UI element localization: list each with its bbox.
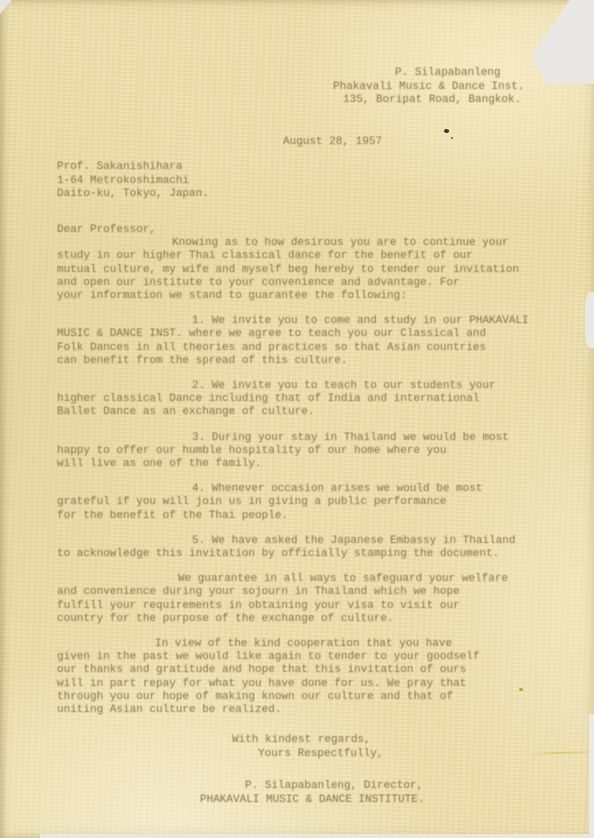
- signature-institute: PHAKAVALI MUSIC & DANCE INSTITUTE.: [200, 793, 424, 807]
- sender-block: P. Silapabanleng Phakavali Music & Dance…: [333, 67, 524, 108]
- sender-org: Phakavali Music & Dance Inst.: [333, 81, 524, 95]
- letter-paragraph-opening: Knowing as to how desirous you are to co…: [57, 237, 537, 303]
- paragraph-line: and open our institute to your convenien…: [57, 277, 537, 290]
- letter-paragraph-2: 2. We invite you to teach to our student…: [57, 380, 537, 420]
- paragraph-line: mutual culture, my wife and myself beg h…: [57, 264, 537, 277]
- recipient-city: Daito-ku, Tokyo, Japan.: [57, 188, 209, 202]
- paragraph-line: 5. We have asked the Japanese Embassy in…: [57, 535, 537, 548]
- paragraph-line: 2. We invite you to teach to our student…: [57, 380, 537, 393]
- paragraph-line: higher classical Dance including that of…: [57, 393, 537, 406]
- recipient-street: 1-64 Metrokoshimachi: [57, 175, 209, 189]
- recipient-block: Prof. Sakanishihara 1-64 Metrokoshimachi…: [57, 161, 209, 202]
- paragraph-line: for the benefit of the Thai people.: [57, 510, 537, 523]
- letter-paragraph-4: 4. Whenever occasion arises we would be …: [57, 483, 537, 523]
- signature-name: P. Silapabanleng, Director,: [200, 779, 424, 793]
- letter-paragraph-closing: In view of the kind cooperation that you…: [57, 638, 537, 717]
- paragraph-line: and convenience during your sojourn in T…: [57, 586, 537, 599]
- paragraph-line: our thanks and gratitude and hope that t…: [57, 664, 537, 677]
- paragraph-line: your information we stand to guarantee t…: [57, 290, 537, 303]
- paragraph-line: fulfill your requirements in obtaining y…: [57, 600, 537, 613]
- letter-paragraph-5: 5. We have asked the Japanese Embassy in…: [57, 535, 537, 561]
- paragraph-line: country for the purpose of the exchange …: [57, 613, 537, 626]
- paragraph-line: We guarantee in all ways to safeguard yo…: [57, 573, 537, 586]
- recipient-name: Prof. Sakanishihara: [57, 161, 209, 175]
- torn-edge-bottom: [40, 834, 594, 838]
- torn-corner-top-right: [524, 0, 594, 95]
- letter-page: P. Silapabanleng Phakavali Music & Dance…: [0, 0, 594, 838]
- paragraph-line: Folk Dances in all theories and practice…: [57, 342, 537, 355]
- paragraph-line: study in our higher Thai classical dance…: [57, 250, 537, 263]
- paragraph-line: will in part repay for what you have don…: [57, 678, 537, 691]
- paragraph-line: through you our hope of making known our…: [57, 691, 537, 704]
- sender-name: P. Silapabanleng: [333, 67, 524, 81]
- paragraph-line: to acknowledge this invitation by offici…: [57, 548, 537, 561]
- signature-block: P. Silapabanleng, Director, PHAKAVALI MU…: [200, 779, 424, 807]
- letter-paragraph-3: 3. During your stay in Thailand we would…: [57, 432, 537, 472]
- torn-corner-top-left: [0, 0, 12, 14]
- closing-regards: With kindest regards,: [57, 734, 537, 747]
- paragraph-line: uniting Asian culture be realized.: [57, 704, 537, 717]
- salutation: Dear Professor,: [57, 224, 537, 237]
- sender-address: 135, Boripat Road, Bangkok.: [333, 94, 524, 108]
- paragraph-line: 3. During your stay in Thailand we would…: [57, 432, 537, 445]
- letter-body: Dear Professor, Knowing as to how desiro…: [57, 224, 537, 761]
- paragraph-line: will live as one of the family.: [57, 458, 537, 471]
- paragraph-line: given in the past we would like again to…: [57, 651, 537, 664]
- letter-paragraph-1: 1. We invite you to come and study in ou…: [57, 315, 537, 368]
- paragraph-line: happy to offer our humble hospitality of…: [57, 445, 537, 458]
- paragraph-line: MUSIC & DANCE INST. where we agree to te…: [57, 328, 537, 341]
- paragraph-line: Ballet Dance as an exchange of culture.: [57, 406, 537, 419]
- closing-respectfully: Yours Respectfully,: [57, 748, 537, 761]
- paragraph-line: In view of the kind cooperation that you…: [57, 638, 537, 651]
- date-line: August 28, 1957: [283, 136, 382, 149]
- ink-speck: [451, 137, 453, 139]
- ink-speck: [443, 128, 449, 133]
- paragraph-line: grateful if you will join us in giving a…: [57, 496, 537, 509]
- torn-edge-right-upper: [585, 292, 594, 348]
- paragraph-line: Knowing as to how desirous you are to co…: [57, 237, 537, 250]
- paragraph-line: 1. We invite you to come and study in ou…: [57, 315, 537, 328]
- torn-edge-right-lower: [589, 714, 594, 838]
- letter-paragraph-guarantee: We guarantee in all ways to safeguard yo…: [57, 573, 537, 626]
- paragraph-line: can benefit from the spread of this cult…: [57, 355, 537, 368]
- paragraph-line: 4. Whenever occasion arises we would be …: [57, 483, 537, 496]
